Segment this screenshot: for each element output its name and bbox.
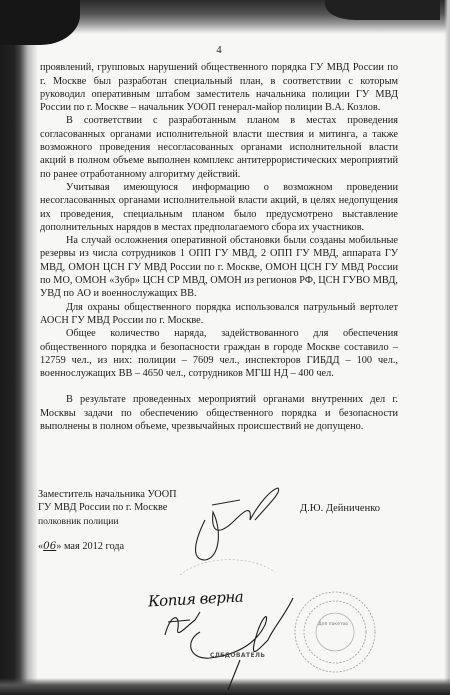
certifying-signatures-icon — [165, 598, 293, 690]
signature-scribble-icon — [196, 488, 279, 560]
faint-stamp-arc-icon — [180, 560, 275, 575]
investigator-stamp-label: СЛЕДОВАТЕЛЬ — [210, 652, 265, 659]
round-seal-icon — [295, 592, 375, 672]
round-seal-text: Для пакетов — [318, 622, 348, 628]
